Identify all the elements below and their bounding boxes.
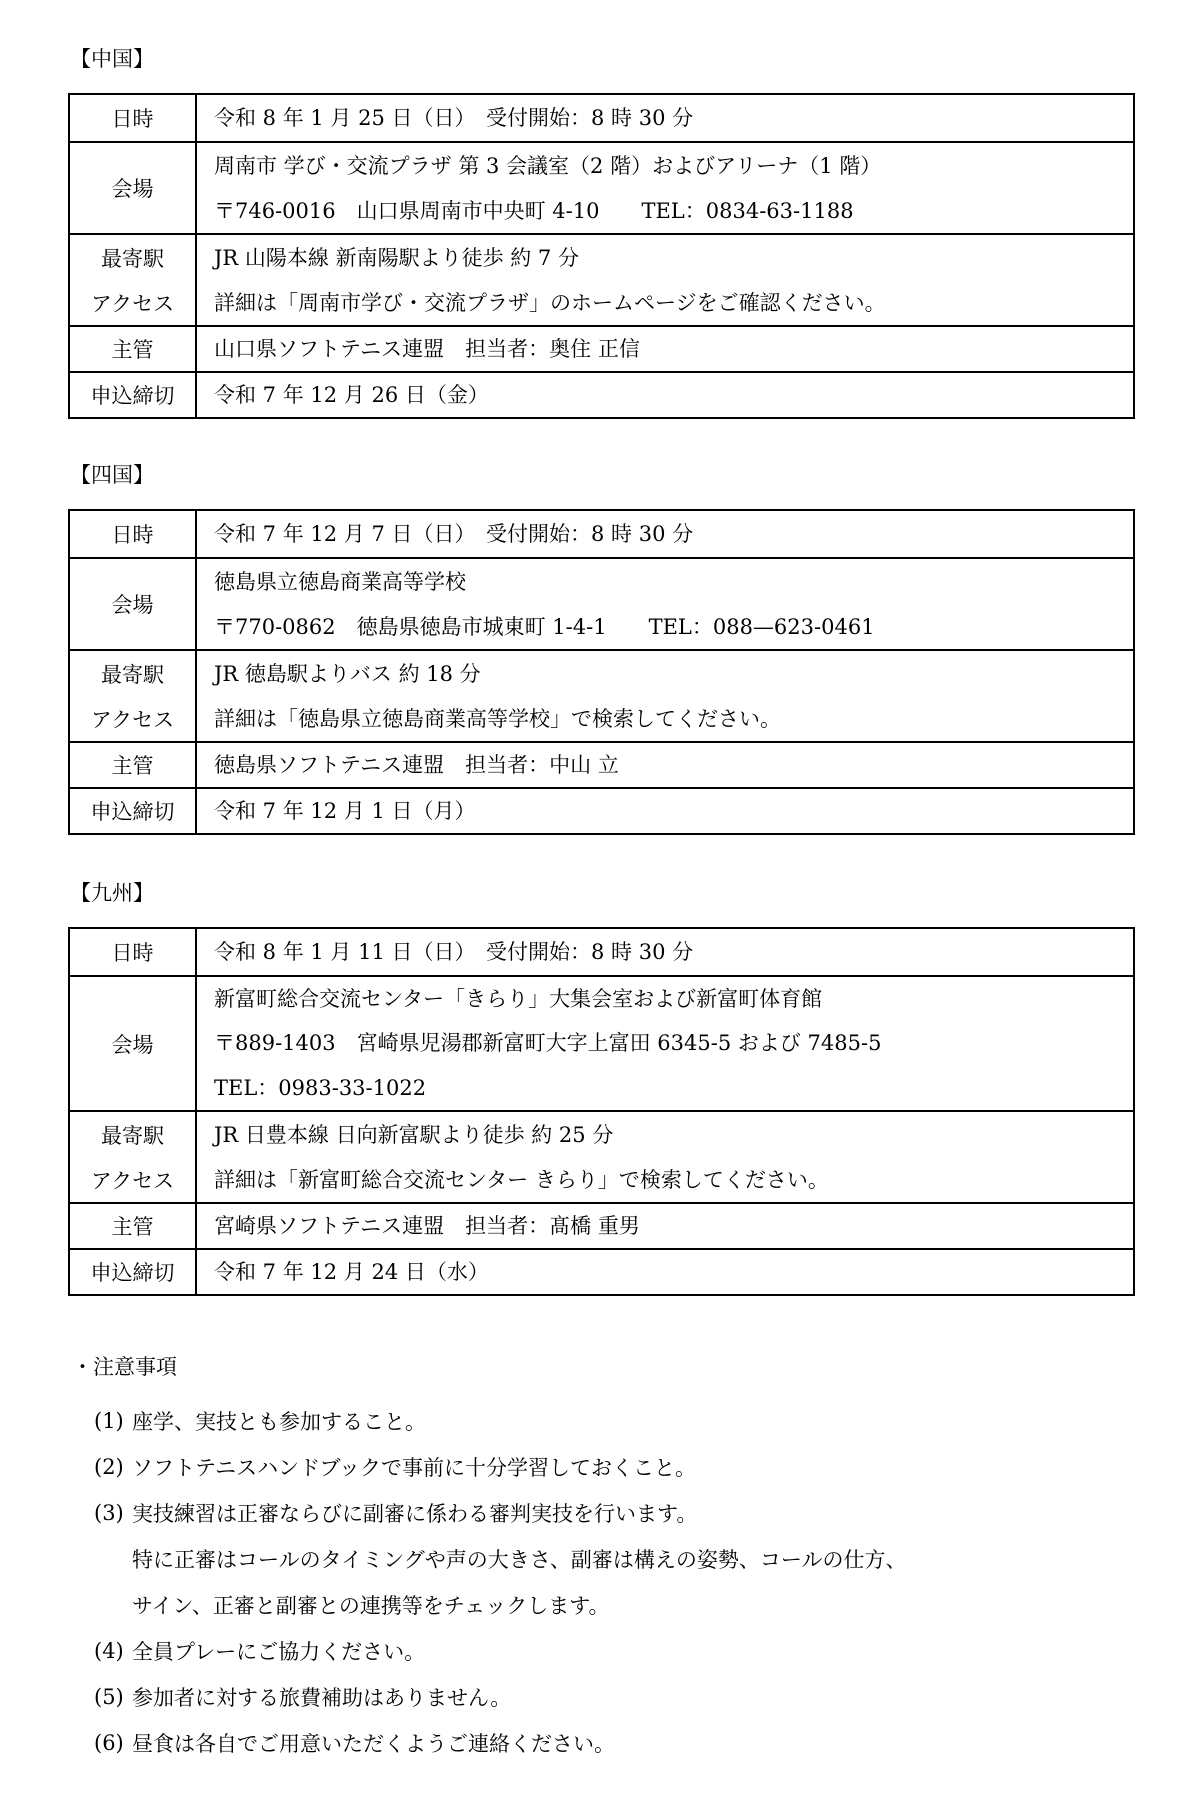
row-value: 宮崎県ソフトテニス連盟 担当者：髙橋 重男	[195, 1204, 1133, 1248]
note-item-3: (3) 実技練習は正審ならびに副審に係わる審判実技を行います。	[94, 1490, 1152, 1536]
note-text: ソフトテニスハンドブックで事前に十分学習しておくこと。	[132, 1452, 696, 1482]
row-label-text: 会場	[112, 1029, 154, 1059]
row-label-text: 主管	[112, 1211, 154, 1241]
row-value-line: 令和 7 年 12 月 24 日（水）	[214, 1258, 1133, 1286]
row-label-text: アクセス	[91, 288, 174, 318]
row-value-line: 令和 7 年 12 月 26 日（金）	[214, 381, 1133, 409]
section-shikoku: 【四国】 日時 令和 7 年 12 月 7 日（日） 受付開始：8 時 30 分…	[68, 460, 1135, 835]
row-label-text: 最寄駅	[101, 659, 164, 689]
row-label-text: 日時	[112, 937, 154, 967]
document-page: 【中国】 日時 令和 8 年 1 月 25 日（日） 受付開始：8 時 30 分…	[0, 0, 1200, 1801]
note-number: (1)	[94, 1409, 132, 1433]
table-row-organizer: 主管 宮崎県ソフトテニス連盟 担当者：髙橋 重男	[70, 1202, 1133, 1248]
row-label: 日時	[70, 511, 195, 557]
table-row-access: 最寄駅 アクセス JR 日豊本線 日向新富駅より徒歩 約 25 分 詳細は「新富…	[70, 1110, 1133, 1202]
table-row-venue: 会場 周南市 学び・交流プラザ 第 3 会議室（2 階）およびアリーナ（1 階）…	[70, 141, 1133, 233]
row-value: 令和 7 年 12 月 24 日（水）	[195, 1250, 1133, 1294]
row-value: 新富町総合交流センター「きらり」大集会室および新富町体育館 〒889-1403 …	[195, 977, 1133, 1110]
note-item-5: (5) 参加者に対する旅費補助はありません。	[94, 1674, 1152, 1720]
row-value-line: 令和 7 年 12 月 1 日（月）	[214, 797, 1133, 825]
row-label: 日時	[70, 929, 195, 975]
notes-section: ・注意事項 (1) 座学、実技とも参加すること。 (2) ソフトテニスハンドブッ…	[72, 1352, 1152, 1766]
row-value-line: 令和 7 年 12 月 7 日（日） 受付開始：8 時 30 分	[214, 520, 1133, 548]
info-table-kyushu: 日時 令和 8 年 1 月 11 日（日） 受付開始：8 時 30 分 会場 新…	[68, 927, 1135, 1296]
row-value-line: 宮崎県ソフトテニス連盟 担当者：髙橋 重男	[214, 1212, 1133, 1240]
row-value-line: 〒770-0862 徳島県徳島市城東町 1-4-1 TEL：088—623-04…	[214, 613, 1133, 641]
row-label-text: 日時	[112, 519, 154, 549]
row-value-line: JR 山陽本線 新南陽駅より徒歩 約 7 分	[214, 244, 1133, 272]
info-table-chugoku: 日時 令和 8 年 1 月 25 日（日） 受付開始：8 時 30 分 会場 周…	[68, 93, 1135, 419]
table-row-deadline: 申込締切 令和 7 年 12 月 26 日（金）	[70, 371, 1133, 417]
note-item-6: (6) 昼食は各自でご用意いただくようご連絡ください。	[94, 1720, 1152, 1766]
row-value-line: 周南市 学び・交流プラザ 第 3 会議室（2 階）およびアリーナ（1 階）	[214, 152, 1133, 180]
row-value-line: 詳細は「新富町総合交流センター きらり」で検索してください。	[214, 1166, 1133, 1194]
note-text: 全員プレーにご協力ください。	[132, 1636, 425, 1666]
row-label: 申込締切	[70, 789, 195, 833]
row-label: 最寄駅 アクセス	[70, 235, 195, 325]
table-row-deadline: 申込締切 令和 7 年 12 月 1 日（月）	[70, 787, 1133, 833]
table-row-venue: 会場 新富町総合交流センター「きらり」大集会室および新富町体育館 〒889-14…	[70, 975, 1133, 1110]
section-chugoku: 【中国】 日時 令和 8 年 1 月 25 日（日） 受付開始：8 時 30 分…	[68, 44, 1135, 419]
table-row-organizer: 主管 徳島県ソフトテニス連盟 担当者：中山 立	[70, 741, 1133, 787]
row-label: 最寄駅 アクセス	[70, 1112, 195, 1202]
row-value-line: JR 日豊本線 日向新富駅より徒歩 約 25 分	[214, 1121, 1133, 1149]
row-label-text: アクセス	[91, 704, 174, 734]
row-label: 最寄駅 アクセス	[70, 651, 195, 741]
row-value-line: 令和 8 年 1 月 11 日（日） 受付開始：8 時 30 分	[214, 938, 1133, 966]
row-label-text: 主管	[112, 334, 154, 364]
note-text: 実技練習は正審ならびに副審に係わる審判実技を行います。	[132, 1498, 697, 1528]
note-text: 特に正審はコールのタイミングや声の大きさ、副審は構えの姿勢、コールの仕方、	[132, 1544, 906, 1574]
row-label-text: 最寄駅	[101, 1120, 164, 1150]
note-text: サイン、正審と副審との連携等をチェックします。	[132, 1590, 610, 1620]
row-label-text: 会場	[112, 173, 154, 203]
row-value: 令和 7 年 12 月 1 日（月）	[195, 789, 1133, 833]
row-value: 令和 8 年 1 月 25 日（日） 受付開始：8 時 30 分	[195, 95, 1133, 141]
row-label: 会場	[70, 143, 195, 233]
row-label: 主管	[70, 1204, 195, 1248]
note-number: (2)	[94, 1455, 132, 1479]
row-label: 申込締切	[70, 1250, 195, 1294]
row-value-line: TEL：0983-33-1022	[214, 1074, 1133, 1102]
note-item-2: (2) ソフトテニスハンドブックで事前に十分学習しておくこと。	[94, 1444, 1152, 1490]
note-text: 参加者に対する旅費補助はありません。	[132, 1682, 511, 1712]
row-label-text: 主管	[112, 750, 154, 780]
notes-header: ・注意事項	[72, 1352, 1152, 1382]
table-row-access: 最寄駅 アクセス JR 徳島駅よりバス 約 18 分 詳細は「徳島県立徳島商業高…	[70, 649, 1133, 741]
row-value: 徳島県立徳島商業高等学校 〒770-0862 徳島県徳島市城東町 1-4-1 T…	[195, 559, 1133, 649]
row-value: 山口県ソフトテニス連盟 担当者：奥住 正信	[195, 327, 1133, 371]
section-kyushu: 【九州】 日時 令和 8 年 1 月 11 日（日） 受付開始：8 時 30 分…	[68, 878, 1135, 1296]
note-item-4: (4) 全員プレーにご協力ください。	[94, 1628, 1152, 1674]
row-value-line: 徳島県立徳島商業高等学校	[214, 568, 1133, 596]
note-item-1: (1) 座学、実技とも参加すること。	[94, 1398, 1152, 1444]
row-value-line: 徳島県ソフトテニス連盟 担当者：中山 立	[214, 751, 1133, 779]
row-label-text: アクセス	[91, 1165, 174, 1195]
row-value-line: JR 徳島駅よりバス 約 18 分	[214, 660, 1133, 688]
row-value-line: 〒889-1403 宮崎県児湯郡新富町大字上富田 6345-5 および 7485…	[214, 1029, 1133, 1057]
info-table-shikoku: 日時 令和 7 年 12 月 7 日（日） 受付開始：8 時 30 分 会場 徳…	[68, 509, 1135, 835]
note-number: (5)	[94, 1685, 132, 1709]
row-label-text: 申込締切	[91, 380, 175, 410]
row-value-line: 新富町総合交流センター「きらり」大集会室および新富町体育館	[214, 985, 1133, 1013]
row-label-text: 会場	[112, 589, 154, 619]
row-label: 日時	[70, 95, 195, 141]
row-label: 申込締切	[70, 373, 195, 417]
row-value: 周南市 学び・交流プラザ 第 3 会議室（2 階）およびアリーナ（1 階） 〒7…	[195, 143, 1133, 233]
row-label: 主管	[70, 743, 195, 787]
note-number: (6)	[94, 1731, 132, 1755]
note-number: (3)	[94, 1501, 132, 1525]
table-row-access: 最寄駅 アクセス JR 山陽本線 新南陽駅より徒歩 約 7 分 詳細は「周南市学…	[70, 233, 1133, 325]
table-row-datetime: 日時 令和 8 年 1 月 25 日（日） 受付開始：8 時 30 分	[70, 95, 1133, 141]
row-label: 主管	[70, 327, 195, 371]
note-text: 昼食は各自でご用意いただくようご連絡ください。	[132, 1728, 615, 1758]
table-row-organizer: 主管 山口県ソフトテニス連盟 担当者：奥住 正信	[70, 325, 1133, 371]
section-title: 【中国】	[70, 44, 1135, 74]
row-label-text: 申込締切	[91, 1257, 175, 1287]
row-label: 会場	[70, 559, 195, 649]
row-value: 令和 7 年 12 月 7 日（日） 受付開始：8 時 30 分	[195, 511, 1133, 557]
row-value: JR 山陽本線 新南陽駅より徒歩 約 7 分 詳細は「周南市学び・交流プラザ」の…	[195, 235, 1133, 325]
note-text: 座学、実技とも参加すること。	[132, 1406, 426, 1436]
section-title: 【九州】	[70, 878, 1135, 908]
row-label: 会場	[70, 977, 195, 1110]
note-number: (4)	[94, 1639, 132, 1663]
note-item-3-continued: サイン、正審と副審との連携等をチェックします。	[94, 1582, 1152, 1628]
section-title: 【四国】	[70, 460, 1135, 490]
table-row-datetime: 日時 令和 8 年 1 月 11 日（日） 受付開始：8 時 30 分	[70, 929, 1133, 975]
row-value-line: 詳細は「周南市学び・交流プラザ」のホームページをご確認ください。	[214, 289, 1133, 317]
note-item-3-continued: 特に正審はコールのタイミングや声の大きさ、副審は構えの姿勢、コールの仕方、	[94, 1536, 1152, 1582]
table-row-deadline: 申込締切 令和 7 年 12 月 24 日（水）	[70, 1248, 1133, 1294]
table-row-datetime: 日時 令和 7 年 12 月 7 日（日） 受付開始：8 時 30 分	[70, 511, 1133, 557]
row-value-line: 詳細は「徳島県立徳島商業高等学校」で検索してください。	[214, 705, 1133, 733]
row-value-line: 山口県ソフトテニス連盟 担当者：奥住 正信	[214, 335, 1133, 363]
row-value-line: 令和 8 年 1 月 25 日（日） 受付開始：8 時 30 分	[214, 104, 1133, 132]
row-value: JR 日豊本線 日向新富駅より徒歩 約 25 分 詳細は「新富町総合交流センター…	[195, 1112, 1133, 1202]
row-value: 徳島県ソフトテニス連盟 担当者：中山 立	[195, 743, 1133, 787]
row-label-text: 申込締切	[91, 796, 175, 826]
row-label-text: 日時	[112, 103, 154, 133]
row-value-line: 〒746-0016 山口県周南市中央町 4-10 TEL：0834-63-118…	[214, 197, 1133, 225]
row-value: JR 徳島駅よりバス 約 18 分 詳細は「徳島県立徳島商業高等学校」で検索して…	[195, 651, 1133, 741]
row-value: 令和 7 年 12 月 26 日（金）	[195, 373, 1133, 417]
table-row-venue: 会場 徳島県立徳島商業高等学校 〒770-0862 徳島県徳島市城東町 1-4-…	[70, 557, 1133, 649]
row-label-text: 最寄駅	[101, 243, 164, 273]
row-value: 令和 8 年 1 月 11 日（日） 受付開始：8 時 30 分	[195, 929, 1133, 975]
